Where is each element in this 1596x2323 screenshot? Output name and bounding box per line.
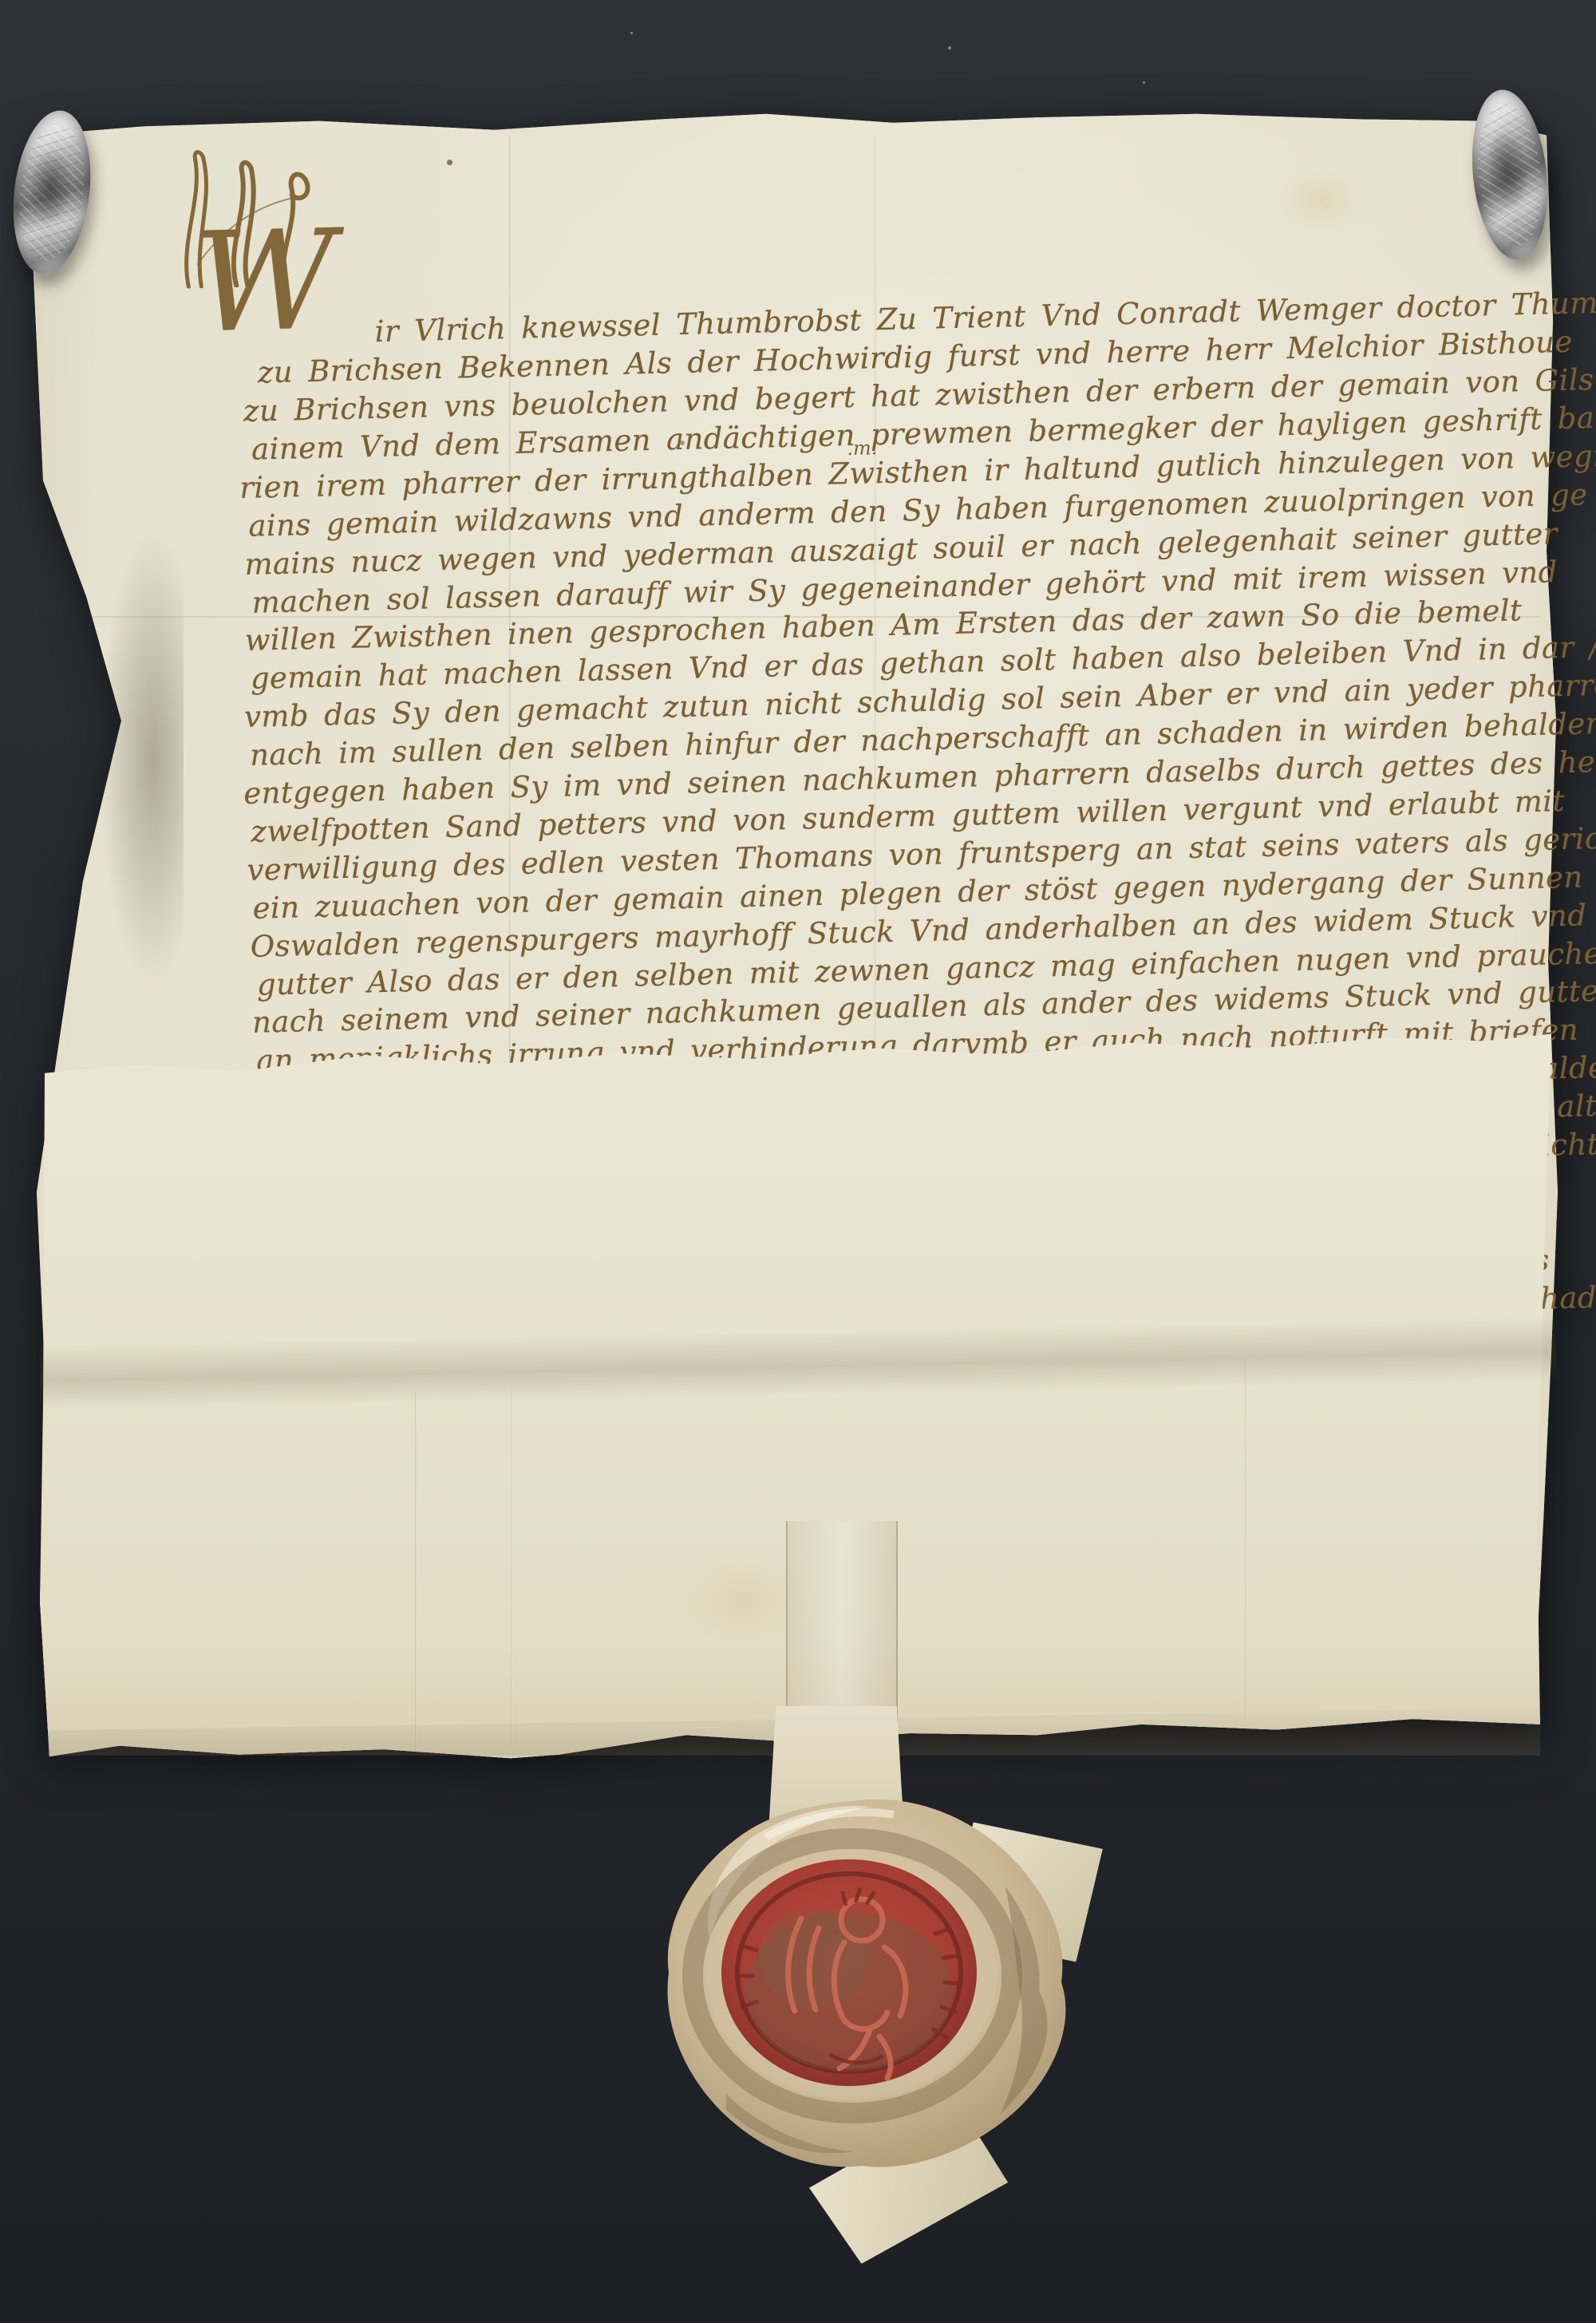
- wax-seal: [630, 1791, 1085, 2206]
- initial-letter: W: [193, 211, 338, 352]
- plica-crease: [1245, 1361, 1247, 1720]
- plica-crease: [415, 1393, 417, 1752]
- interlinear-insertion: .m.: [847, 437, 878, 460]
- seal-tag-through-slit: [788, 1521, 896, 1730]
- plica-crease: [511, 1389, 513, 1748]
- photograph-of-charter: W ir Vlrich knewssel Thumbrobst Zu Trien…: [0, 0, 1596, 2323]
- seal-tag-slit: [896, 1521, 898, 1730]
